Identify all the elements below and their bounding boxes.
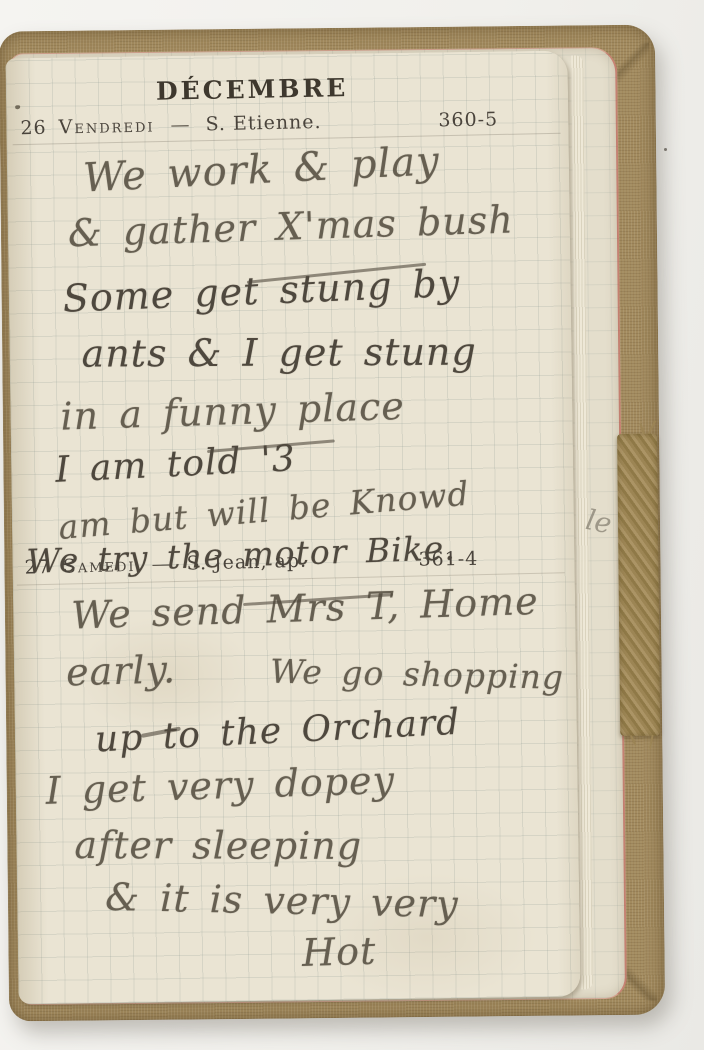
handwriting-line: ants & I get stung <box>81 330 476 376</box>
handwriting-line: Some get stung by <box>62 261 461 321</box>
handwriting-line: up to the Orchard <box>94 702 461 761</box>
handwriting-line: & it is very very <box>105 875 459 926</box>
handwriting-line: We go shopping <box>270 652 565 697</box>
saint-name: S. Etienne. <box>205 111 321 135</box>
separator-dash: — <box>170 114 189 136</box>
date-number: 27 <box>24 556 51 579</box>
handwriting-line: in a funny place <box>60 384 406 439</box>
entry-header-26: 26 Vendredi — S. Etienne. <box>20 111 322 140</box>
backdrop-speck <box>664 148 667 151</box>
day-count: 360-5 <box>438 109 498 132</box>
handwriting-line: I get very dopey <box>45 758 396 813</box>
day-count: 361-4 <box>418 548 478 571</box>
handwriting-line: We work & play <box>82 138 441 201</box>
ink-speck <box>15 105 20 109</box>
frayed-thread <box>639 423 645 435</box>
notebook-cloth-cover: le DÉCEMBRE 26 Vendredi — S. Etienne. 36… <box>0 25 665 1022</box>
day-name: Samedi <box>63 554 136 578</box>
month-header: DÉCEMBRE <box>156 73 349 106</box>
handwriting-line: after sleeping <box>74 823 362 868</box>
saint-name: S. Jean, ap. <box>186 550 307 575</box>
frayed-thread <box>630 735 637 746</box>
handwriting-line: early. <box>65 647 176 694</box>
separator-dash: — <box>151 553 171 575</box>
handwriting-line: Hot <box>301 929 377 975</box>
frayed-thread <box>648 420 657 434</box>
day-name: Vendredi <box>58 114 154 138</box>
handwriting-line: & gather X'mas bush <box>67 197 514 255</box>
diary-photograph: le DÉCEMBRE 26 Vendredi — S. Etienne. 36… <box>0 0 704 1050</box>
date-number: 26 <box>20 117 47 140</box>
cover-strap-band <box>617 434 660 736</box>
handwriting-line: We send Mrs T, Home <box>71 579 540 638</box>
diary-page: DÉCEMBRE 26 Vendredi — S. Etienne. 360-5… <box>5 51 580 1005</box>
frayed-thread <box>649 735 654 749</box>
